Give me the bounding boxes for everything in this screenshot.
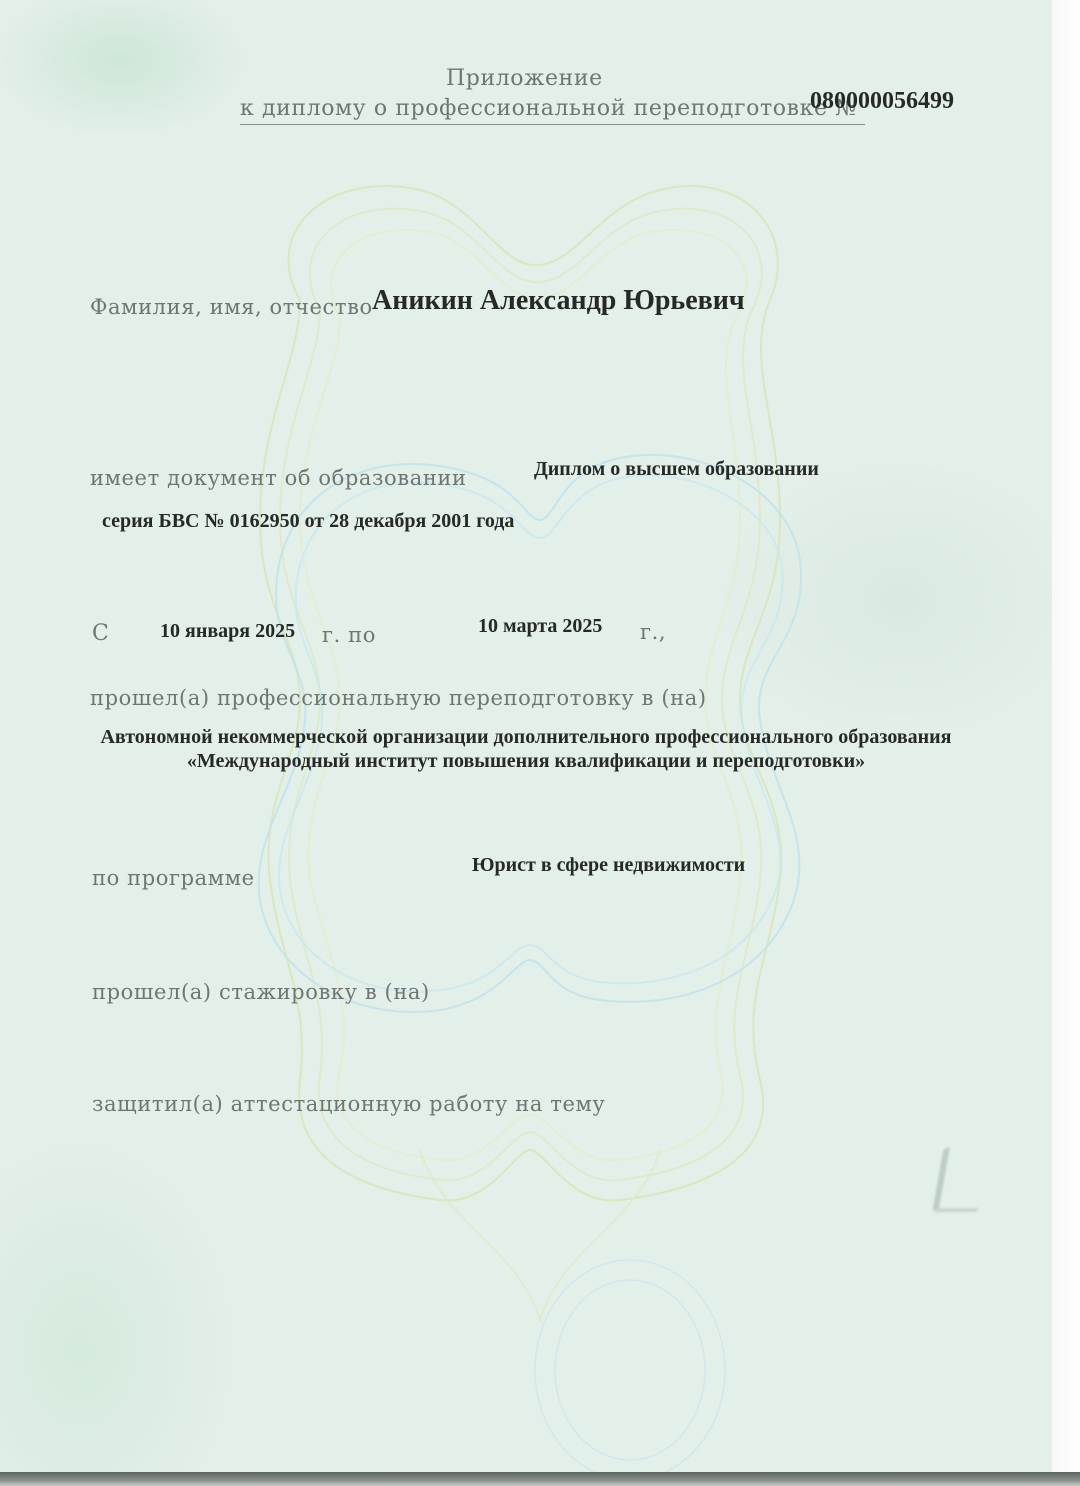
education-series: серия БВС № 0162950 от 28 декабря 2001 г… <box>102 510 514 533</box>
fio-label: Фамилия, имя, отчество <box>90 295 373 319</box>
fio-value: Аникин Александр Юрьевич <box>372 285 745 317</box>
to-label: г. по <box>322 623 376 647</box>
retraining-label: прошел(а) профессиональную переподготовк… <box>90 686 707 710</box>
organization-name-line2: «Международный институт повышения квалиф… <box>0 750 1052 773</box>
scan-margin <box>1052 0 1080 1472</box>
education-value: Диплом о высшем образовании <box>534 458 819 481</box>
diploma-number: 080000056499 <box>810 88 954 115</box>
end-date: 10 марта 2025 <box>478 615 602 638</box>
from-label: С <box>92 621 109 646</box>
start-date: 10 января 2025 <box>160 620 295 643</box>
education-label: имеет документ об образовании <box>90 466 467 490</box>
document-title: Приложение <box>446 66 603 91</box>
year-suffix: г., <box>640 620 666 644</box>
document-subtitle: к диплому о профессиональной переподгото… <box>240 96 865 125</box>
program-value: Юрист в сфере недвижимости <box>472 854 745 877</box>
document-page: Приложение к диплому о профессиональной … <box>0 0 1052 1472</box>
program-label: по программе <box>92 866 255 890</box>
thesis-label: защитил(а) аттестационную работу на тему <box>92 1092 605 1116</box>
scan-bottom-edge <box>0 1472 1080 1486</box>
organization-name-line1: Автономной некоммерческой организации до… <box>0 726 1052 749</box>
internship-label: прошел(а) стажировку в (на) <box>92 980 430 1004</box>
